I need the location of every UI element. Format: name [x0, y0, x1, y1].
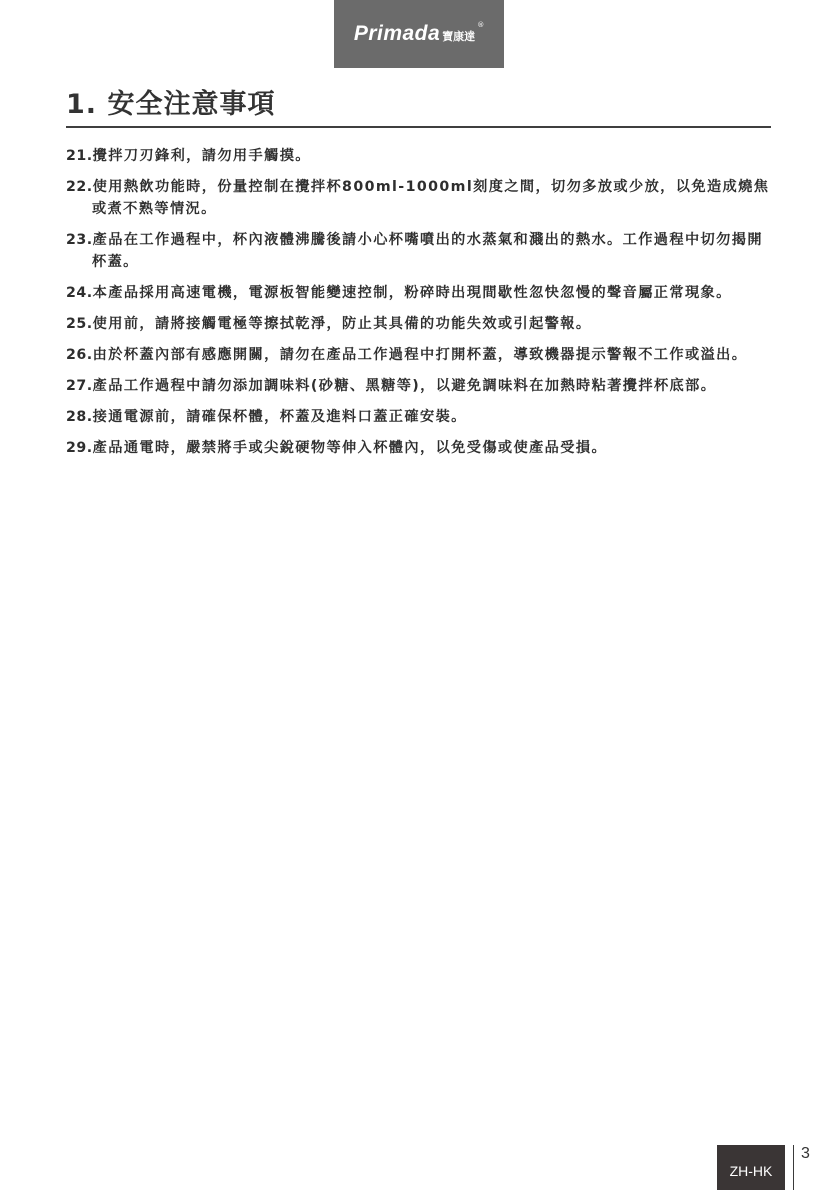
brand-logo: Primada 寶康達 ® — [334, 0, 504, 68]
item-text: 由於杯蓋內部有感應開關，請勿在產品工作過程中打開杯蓋，導致機器提示警報不工作或溢… — [93, 347, 748, 363]
safety-note-item: 23.產品在工作過程中，杯內液體沸騰後請小心杯嘴噴出的水蒸氣和濺出的熱水。工作過… — [66, 229, 776, 273]
item-text: 使用前，請將接觸電極等擦拭乾淨，防止其具備的功能失效或引起警報。 — [93, 316, 592, 332]
brand-name-latin: Primada — [354, 22, 440, 46]
item-text: 產品工作過程中請勿添加調味料(砂糖、黑糖等)，以避免調味料在加熱時粘著攪拌杯底部… — [93, 378, 717, 394]
safety-note-item: 27.產品工作過程中請勿添加調味料(砂糖、黑糖等)，以避免調味料在加熱時粘著攪拌… — [66, 375, 776, 397]
safety-note-item: 29.產品通電時，嚴禁將手或尖銳硬物等伸入杯體內，以免受傷或使產品受損。 — [66, 437, 776, 459]
item-number: 27. — [66, 378, 93, 394]
item-number: 23. — [66, 232, 93, 248]
safety-note-item: 24.本產品採用高速電機，電源板智能變速控制，粉碎時出現間歇性忽快忽慢的聲音屬正… — [66, 282, 776, 304]
item-number: 24. — [66, 285, 93, 301]
item-text: 接通電源前，請確保杯體，杯蓋及進料口蓋正確安裝。 — [93, 409, 467, 425]
footer-divider — [793, 1145, 794, 1190]
safety-note-item: 26.由於杯蓋內部有感應開關，請勿在產品工作過程中打開杯蓋，導致機器提示警報不工… — [66, 344, 776, 366]
registered-mark-icon: ® — [477, 21, 484, 29]
page-number: 3 — [801, 1145, 810, 1163]
section-title: 1. 安全注意事項 — [66, 82, 275, 121]
item-text: 產品在工作過程中，杯內液體沸騰後請小心杯嘴噴出的水蒸氣和濺出的熱水。工作過程中切… — [92, 232, 763, 270]
item-text: 使用熱飲功能時，份量控制在攪拌杯800ml-1000ml刻度之間，切勿多放或少放… — [92, 179, 769, 217]
item-number: 21. — [66, 148, 93, 164]
safety-note-item: 21.攪拌刀刃鋒利，請勿用手觸摸。 — [66, 145, 776, 167]
safety-note-item: 25.使用前，請將接觸電極等擦拭乾淨，防止其具備的功能失效或引起警報。 — [66, 313, 776, 335]
item-text: 產品通電時，嚴禁將手或尖銳硬物等伸入杯體內，以免受傷或使產品受損。 — [93, 440, 607, 456]
item-number: 26. — [66, 347, 93, 363]
title-divider — [66, 126, 771, 128]
item-text: 本產品採用高速電機，電源板智能變速控制，粉碎時出現間歇性忽快忽慢的聲音屬正常現象… — [93, 285, 732, 301]
item-number: 28. — [66, 409, 93, 425]
safety-note-item: 22.使用熱飲功能時，份量控制在攪拌杯800ml-1000ml刻度之間，切勿多放… — [66, 176, 776, 220]
safety-notes-list: 21.攪拌刀刃鋒利，請勿用手觸摸。 22.使用熱飲功能時，份量控制在攪拌杯800… — [66, 145, 776, 468]
item-text: 攪拌刀刃鋒利，請勿用手觸摸。 — [93, 148, 311, 164]
language-badge: ZH-HK — [717, 1145, 785, 1190]
item-number: 22. — [66, 179, 93, 195]
item-number: 25. — [66, 316, 93, 332]
safety-note-item: 28.接通電源前，請確保杯體，杯蓋及進料口蓋正確安裝。 — [66, 406, 776, 428]
item-number: 29. — [66, 440, 93, 456]
brand-name-chinese: 寶康達 — [442, 28, 475, 44]
